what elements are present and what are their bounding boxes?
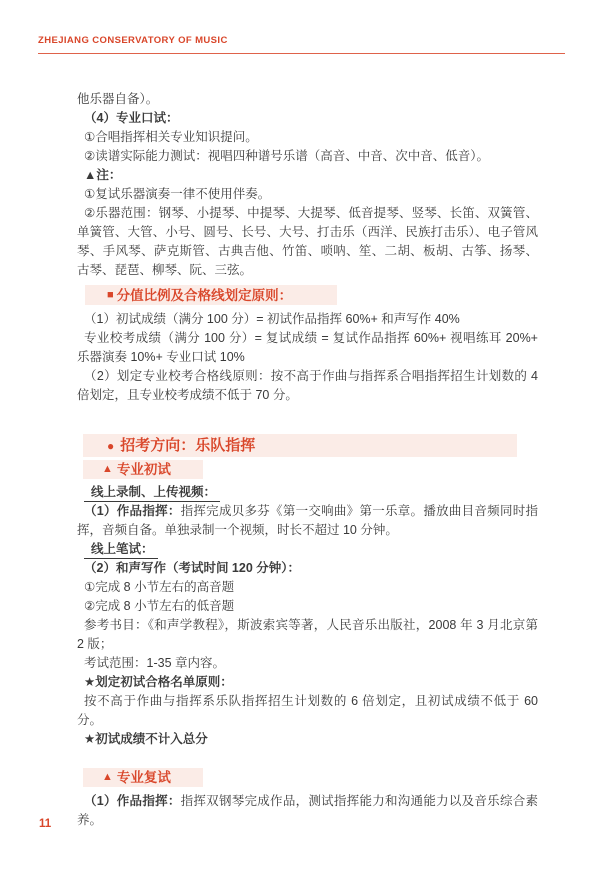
triangle-bullet-icon: ▲ — [102, 772, 113, 783]
body-paragraph: ②完成 8 小节左右的低音题 — [77, 597, 538, 616]
document-page: { "colors": { "accent": "#d9462a", "high… — [0, 0, 600, 884]
section-heading-orchestra-conducting: ● 招考方向：乐队指挥 — [83, 434, 517, 457]
institution-name: ZHEJIANG CONSERVATORY OF MUSIC — [38, 35, 228, 46]
body-paragraph: ①完成 8 小节左右的高音题 — [77, 578, 538, 597]
body-paragraph: （1）作品指挥：指挥双钢琴完成作品，测试指挥能力和沟通能力以及音乐综合素养。 — [77, 792, 538, 830]
body-paragraph: 按不高于作曲与指挥系乐队指挥招生计划数的 6 倍划定，且初试成绩不低于 60 分… — [77, 692, 538, 730]
body-paragraph: 参考书目：《和声学教程》，斯波索宾等著，人民音乐出版社，2008 年 3 月北京… — [77, 616, 538, 654]
body-paragraph: （4）专业口试： — [77, 109, 538, 128]
section-heading-text: 招考方向：乐队指挥 — [120, 436, 255, 455]
section-heading-score-rules: ■ 分值比例及合格线划定原则： — [85, 285, 337, 305]
body-paragraph: 线上笔试： — [77, 540, 538, 559]
header-rule — [38, 53, 565, 54]
square-bullet-icon: ■ — [107, 290, 114, 301]
subsection-heading-second-round: ▲ 专业复试 — [83, 768, 203, 787]
note-heading: ▲注： — [77, 166, 538, 185]
body-paragraph: 专业校考成绩（满分 100 分）= 复试成绩 = 复试作品指挥 60%+ 视唱练… — [77, 329, 538, 367]
body-paragraph: （1）初试成绩（满分 100 分）= 初试作品指挥 60%+ 和声写作 40% — [77, 310, 538, 329]
page-number: 11 — [39, 818, 51, 830]
rule-heading: ★划定初试合格名单原则： — [77, 673, 538, 692]
subsection-heading-text: 专业初试 — [117, 460, 171, 479]
body-paragraph: ②读谱实际能力测试：视唱四种谱号乐谱（高音、中音、次中音、低音）。 — [77, 147, 538, 166]
online-video-heading: 线上录制、上传视频： — [84, 484, 220, 502]
item-label: （1）作品指挥： — [84, 504, 181, 518]
online-written-heading: 线上笔试： — [84, 541, 158, 559]
body-paragraph: 考试范围：1-35 章内容。 — [77, 654, 538, 673]
body-paragraph: （2）划定专业校考合格线原则：按不高于作曲与指挥系合唱指挥招生计划数的 4 倍划… — [77, 367, 538, 405]
body-paragraph: （2）和声写作（考试时间 120 分钟）： — [77, 559, 538, 578]
item-label: （1）作品指挥： — [84, 794, 181, 808]
section-heading-text: 分值比例及合格线划定原则： — [117, 286, 293, 305]
rule-heading: ★初试成绩不计入总分 — [77, 730, 538, 749]
subsection-heading-first-round: ▲ 专业初试 — [83, 460, 203, 479]
body-paragraph: 他乐器自备）。 — [77, 90, 538, 109]
body-paragraph: ②乐器范围：钢琴、小提琴、中提琴、大提琴、低音提琴、竖琴、长笛、双簧管、单簧管、… — [77, 204, 538, 280]
circle-bullet-icon: ● — [107, 440, 114, 452]
body-paragraph: 线上录制、上传视频： — [77, 483, 538, 502]
triangle-bullet-icon: ▲ — [102, 464, 113, 475]
subsection-heading-text: 专业复试 — [117, 768, 171, 787]
body-paragraph: （1）作品指挥：指挥完成贝多芬《第一交响曲》第一乐章。播放曲目音频同时指挥，音频… — [77, 502, 538, 540]
body-paragraph: ①复试乐器演奏一律不使用伴奏。 — [77, 185, 538, 204]
document-body: 他乐器自备）。 （4）专业口试： ①合唱指挥相关专业知识提问。 ②读谱实际能力测… — [77, 90, 538, 830]
body-paragraph: ①合唱指挥相关专业知识提问。 — [77, 128, 538, 147]
